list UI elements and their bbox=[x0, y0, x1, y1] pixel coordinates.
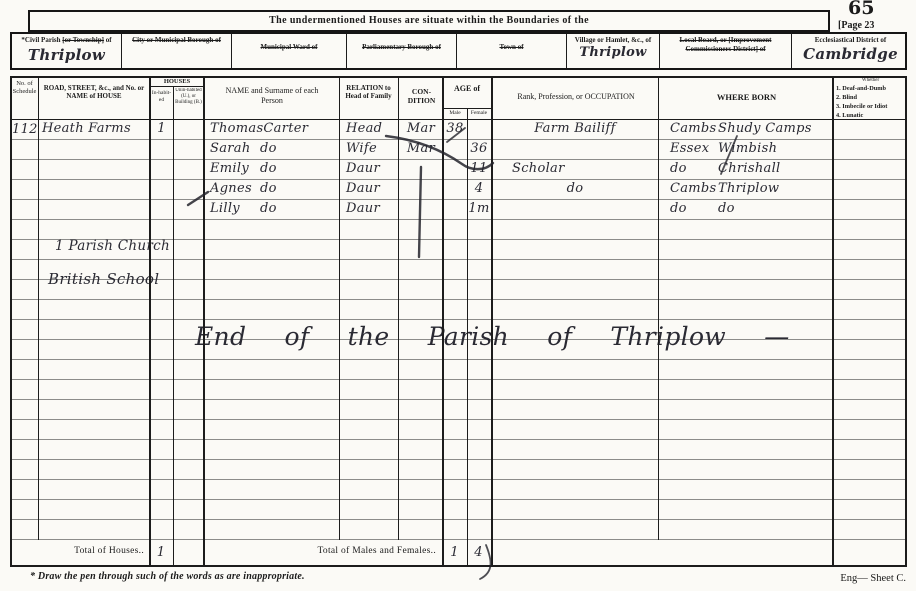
born-county: do bbox=[662, 200, 718, 218]
age-female-value: 4 bbox=[468, 180, 490, 198]
age-male-value: 38 bbox=[444, 120, 466, 138]
relation-value: Daur bbox=[346, 180, 396, 198]
ecclesiastical-label: Ecclesiastical District of bbox=[815, 36, 887, 44]
occupation-value: do bbox=[494, 180, 656, 198]
table-border-top bbox=[10, 76, 907, 78]
where-born-value: doChrishall bbox=[662, 160, 830, 178]
forename: Emily bbox=[210, 160, 260, 178]
town-label: Town of bbox=[499, 43, 523, 51]
relation-value: Daur bbox=[346, 200, 396, 218]
civil-parish-cell: *Civil Parish [or Township] of Thriplow bbox=[12, 34, 122, 68]
surname: do bbox=[260, 141, 277, 156]
table-border-left bbox=[10, 76, 12, 567]
divider-schedule-road bbox=[38, 76, 39, 540]
age-subheader-line bbox=[443, 108, 491, 109]
civil-parish-value: Thriplow bbox=[12, 46, 121, 65]
footer-sheet-label: Eng— Sheet C. bbox=[760, 573, 906, 584]
col-header-infirmity-list: 1. Deaf-and-Dumb 2. Blind 3. Imbecile or… bbox=[836, 84, 907, 121]
col-header-female: Female bbox=[468, 110, 490, 117]
person-name: Agnesdo bbox=[210, 180, 336, 198]
divider-name-relation bbox=[339, 76, 340, 540]
col-header-age: AGE of bbox=[444, 84, 490, 94]
born-place: Shudy Camps bbox=[718, 121, 812, 136]
page-label: [Page 23 bbox=[838, 20, 874, 31]
page-number: 65 bbox=[848, 0, 874, 19]
where-born-value: EssexWimbish bbox=[662, 140, 830, 158]
born-county: Cambs bbox=[662, 180, 718, 198]
local-board-label: Local Board, or [Improvement Commissione… bbox=[680, 36, 772, 53]
where-born-value: CambsShudy Camps bbox=[662, 120, 830, 138]
surname: do bbox=[260, 161, 277, 176]
divider-condition-age bbox=[442, 76, 444, 567]
col-header-road: ROAD, STREET, &c., and No. or NAME of HO… bbox=[40, 84, 148, 101]
forename: Lilly bbox=[210, 200, 260, 218]
forename: Sarah bbox=[210, 140, 260, 158]
civil-parish-struck: [or Township] bbox=[62, 36, 104, 44]
col-header-where-born: WHERE BORN bbox=[662, 92, 831, 102]
houses-subheader-line bbox=[150, 86, 203, 87]
col-header-relation: RELATION to Head of Family bbox=[341, 84, 396, 101]
divider-male-female bbox=[467, 108, 468, 567]
person-name: ThomasCarter bbox=[210, 120, 336, 138]
where-born-value: dodo bbox=[662, 200, 830, 218]
where-born-value: CambsThriplow bbox=[662, 180, 830, 198]
age-female-value: 11 bbox=[468, 160, 490, 178]
header-bottom-line bbox=[10, 119, 907, 120]
person-name: Lillydo bbox=[210, 200, 336, 218]
divider-houses-name bbox=[203, 76, 205, 567]
census-sheet: 65 [Page 23 The undermentioned Houses ar… bbox=[0, 0, 916, 591]
infirmity-item-3: 3. Imbecile or Idiot bbox=[836, 102, 907, 111]
divider-occupation-born bbox=[658, 76, 659, 540]
col-header-condition: CON-DITION bbox=[402, 87, 441, 105]
person-name: Emilydo bbox=[210, 160, 336, 178]
ecclesiastical-cell: Ecclesiastical District of Cambridge bbox=[792, 34, 909, 68]
ecclesiastical-value: Cambridge bbox=[792, 45, 909, 64]
occupation-value: Farm Bailiff bbox=[494, 120, 656, 138]
col-header-name: NAME and Surname of each Person bbox=[214, 86, 330, 105]
col-header-male: Male bbox=[444, 110, 466, 117]
surname: do bbox=[260, 181, 277, 196]
civil-parish-label: *Civil Parish bbox=[21, 36, 62, 44]
occupation-value: Scholar bbox=[512, 160, 632, 178]
col-header-houses: HOUSES bbox=[150, 78, 204, 86]
annotation-parish-church: 1 Parish Church bbox=[55, 237, 170, 255]
relation-value: Daur bbox=[346, 160, 396, 178]
born-county: Essex bbox=[662, 140, 718, 158]
person-name: Sarahdo bbox=[210, 140, 336, 158]
col-header-inhabited: In-habit-ed bbox=[151, 90, 172, 103]
divider-age-occupation bbox=[491, 76, 493, 567]
village-value: Thriplow bbox=[567, 45, 659, 61]
table-border-right bbox=[905, 76, 907, 567]
surname: do bbox=[260, 201, 277, 216]
annotation-british-school: British School bbox=[48, 270, 159, 288]
parliamentary-borough-cell: Parliamentary Borough of bbox=[347, 34, 457, 68]
born-county: do bbox=[662, 160, 718, 178]
total-houses-value: 1 bbox=[150, 544, 172, 562]
born-place: Wimbish bbox=[718, 141, 777, 156]
divider-relation-condition bbox=[398, 76, 399, 540]
divider-road-houses bbox=[149, 76, 151, 567]
town-cell: Town of bbox=[457, 34, 567, 68]
age-female-value: 36 bbox=[468, 140, 490, 158]
col-header-occupation: Rank, Profession, or OCCUPATION bbox=[496, 92, 656, 102]
forename: Thomas bbox=[210, 120, 263, 138]
footer-instruction: * Draw the pen through such of the words… bbox=[30, 571, 305, 582]
born-county: Cambs bbox=[662, 120, 718, 138]
road-name: Heath Farms bbox=[42, 120, 148, 138]
city-borough-label: City or Municipal Borough of bbox=[132, 36, 221, 44]
col-header-schedule: No. of Schedule bbox=[11, 80, 38, 96]
divider-born-infirmity bbox=[832, 76, 834, 567]
born-place: do bbox=[718, 201, 735, 216]
banner-text: The undermentioned Houses are situate wi… bbox=[269, 15, 589, 26]
infirmity-item-2: 2. Blind bbox=[836, 93, 907, 102]
age-female-value: 1m bbox=[468, 200, 490, 218]
total-females-value: 4 bbox=[467, 544, 490, 562]
surname: Carter bbox=[263, 121, 308, 136]
infirmity-item-1: 1. Deaf-and-Dumb bbox=[836, 84, 907, 93]
relation-value: Head bbox=[346, 120, 396, 138]
houses-inhabited-mark: 1 bbox=[152, 120, 171, 138]
condition-value: Mar bbox=[401, 120, 441, 138]
total-houses-label: Total of Houses.. bbox=[14, 546, 144, 556]
village-label: Village or Hamlet, &c., of bbox=[575, 36, 651, 44]
schedule-number: 112 bbox=[12, 121, 36, 139]
city-borough-cell: City or Municipal Borough of bbox=[122, 34, 232, 68]
municipal-ward-label: Municipal Ward of bbox=[260, 43, 317, 51]
total-males-females-label: Total of Males and Females.. bbox=[204, 546, 436, 556]
local-board-cell: Local Board, or [Improvement Commissione… bbox=[660, 34, 792, 68]
total-males-value: 1 bbox=[443, 544, 466, 562]
banner-strip: The undermentioned Houses are situate wi… bbox=[28, 10, 830, 32]
relation-value: Wife bbox=[346, 140, 396, 158]
born-place: Chrishall bbox=[718, 161, 781, 176]
table-border-bottom bbox=[10, 565, 907, 567]
col-header-uninhabited: Unin-habited (U.), or Building (B.) bbox=[174, 88, 203, 106]
parliamentary-borough-label: Parliamentary Borough of bbox=[362, 43, 441, 51]
born-place: Thriplow bbox=[718, 181, 779, 196]
condition-value: Mar bbox=[401, 140, 441, 158]
civil-parish-label-post: of bbox=[104, 36, 112, 44]
municipal-ward-cell: Municipal Ward of bbox=[232, 34, 347, 68]
boundary-header: *Civil Parish [or Township] of Thriplow … bbox=[10, 32, 907, 70]
divider-inhabited-uninhabited bbox=[173, 86, 174, 567]
village-cell: Village or Hamlet, &c., of Thriplow bbox=[567, 34, 660, 68]
forename: Agnes bbox=[210, 180, 260, 198]
